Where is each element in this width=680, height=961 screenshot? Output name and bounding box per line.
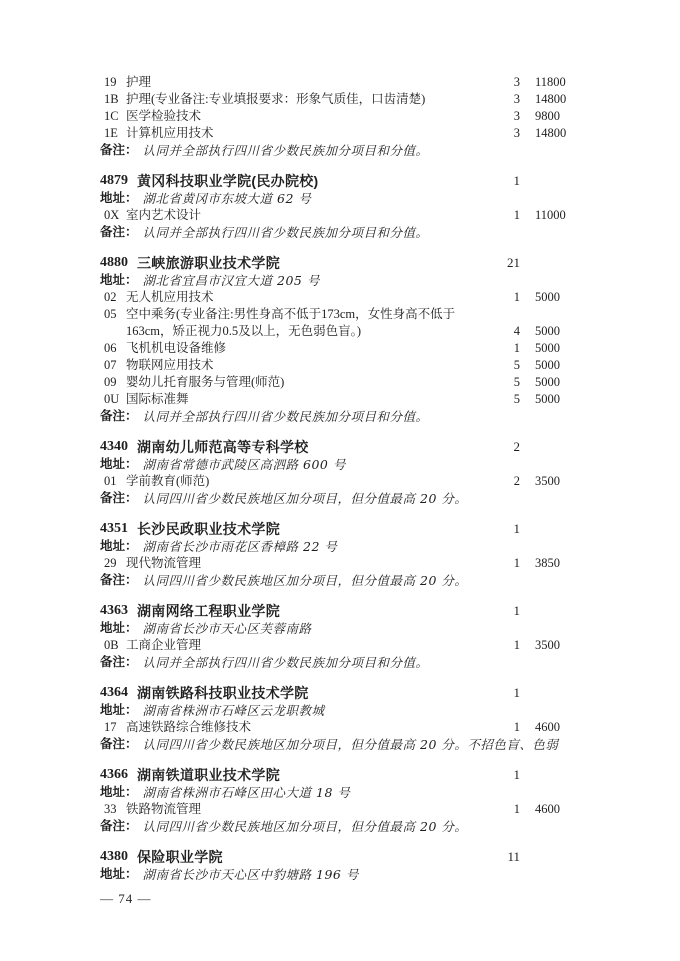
course-code: 17 xyxy=(104,719,126,736)
course-code: 0B xyxy=(104,637,126,654)
address-label: 地址： xyxy=(100,866,138,883)
course-fee: 4600 xyxy=(535,719,572,736)
course-name: 婴幼儿托育服务与管理(师范) xyxy=(126,375,284,389)
institution-section: 4879 黄冈科技职业学院(民办院校) 1 地址： 湖北省黄冈市东坡大道 62 … xyxy=(100,172,572,241)
remark-text: 认同并全部执行四川省少数民族加分项目和分值。 xyxy=(143,224,572,241)
course-quota: 1 xyxy=(490,637,520,654)
course-code: 29 xyxy=(104,555,126,572)
course-code: 0X xyxy=(104,207,126,224)
remark-label: 备注： xyxy=(100,572,138,589)
institution-code: 4880 xyxy=(100,254,128,272)
address-label: 地址： xyxy=(100,620,138,637)
institution-address: 地址： 湖南省长沙市雨花区香樟路 22 号 xyxy=(100,538,572,555)
course-name: 物联网应用技术 xyxy=(126,358,214,372)
institution-total: 11 xyxy=(490,848,520,866)
remark-label: 备注： xyxy=(100,654,138,671)
institution-total: 1 xyxy=(490,766,520,784)
course-quota: 2 xyxy=(490,473,520,490)
institution-name: 保险职业学院 xyxy=(137,848,490,866)
course-main: 33铁路物流管理 xyxy=(100,801,490,818)
address-label: 地址： xyxy=(100,702,138,719)
course-quota: 3 xyxy=(490,108,520,125)
course-main: 0X室内艺术设计 xyxy=(100,207,490,224)
institution-total: 1 xyxy=(490,172,520,190)
remark-text: 认同并全部执行四川省少数民族加分项目和分值。 xyxy=(143,408,572,425)
institution-code: 4340 xyxy=(100,438,128,456)
course-fee: 14800 xyxy=(535,91,572,108)
course-main: 0B工商企业管理 xyxy=(100,637,490,654)
institution-total: 2 xyxy=(490,438,520,456)
institution-name: 湖南铁道职业技术学院 xyxy=(137,766,490,784)
institution-header: 4380 保险职业学院 11 xyxy=(100,848,572,866)
course-row: 05空中乘务(专业备注:男性身高不低于173cm，女性身高不低于163cm，矫正… xyxy=(100,306,572,340)
course-name: 国际标准舞 xyxy=(126,392,189,406)
remark: 备注： 认同并全部执行四川省少数民族加分项目和分值。 xyxy=(100,224,572,241)
course-quota: 1 xyxy=(490,289,520,306)
remark: 备注： 认同四川省少数民族地区加分项目，但分值最高 20 分。 xyxy=(100,818,572,835)
course-name: 现代物流管理 xyxy=(126,556,201,570)
institution-code: 4351 xyxy=(100,520,128,538)
remark-label: 备注： xyxy=(100,408,138,425)
remark-text: 认同并全部执行四川省少数民族加分项目和分值。 xyxy=(143,142,572,159)
course-main: 05空中乘务(专业备注:男性身高不低于173cm，女性身高不低于163cm，矫正… xyxy=(100,306,490,340)
course-code: 1B xyxy=(104,91,126,108)
course-name: 工商企业管理 xyxy=(126,638,201,652)
course-main: 0U国际标准舞 xyxy=(100,391,490,408)
course-name: 高速铁路综合维修技术 xyxy=(126,720,251,734)
institution-header: 4366 湖南铁道职业技术学院 1 xyxy=(100,766,572,784)
course-row: 06飞机机电设备维修 1 5000 xyxy=(100,340,572,357)
course-fee: 11000 xyxy=(535,207,572,224)
course-row: 0U国际标准舞 5 5000 xyxy=(100,391,572,408)
course-code: 0U xyxy=(104,391,126,408)
course-main: 19护理 xyxy=(100,74,490,91)
course-quota: 1 xyxy=(490,340,520,357)
course-main: 17高速铁路综合维修技术 xyxy=(100,719,490,736)
remark-text: 认同并全部执行四川省少数民族加分项目和分值。 xyxy=(143,654,572,671)
course-fee: 5000 xyxy=(535,289,572,306)
institution-header: 4880 三峡旅游职业技术学院 21 xyxy=(100,254,572,272)
course-fee: 3500 xyxy=(535,637,572,654)
course-row: 09婴幼儿托育服务与管理(师范) 5 5000 xyxy=(100,374,572,391)
institution-header: 4340 湖南幼儿师范高等专科学校 2 xyxy=(100,438,572,456)
institution-code: 4363 xyxy=(100,602,128,620)
institution-section: 4364 湖南铁路科技职业技术学院 1 地址： 湖南省株洲市石峰区云龙职教城 1… xyxy=(100,684,572,753)
institution-name: 湖南铁路科技职业技术学院 xyxy=(137,684,490,702)
course-fee: 11800 xyxy=(535,74,572,91)
course-quota: 4 xyxy=(490,323,520,340)
course-fee: 5000 xyxy=(535,357,572,374)
institution-header: 4351 长沙民政职业技术学院 1 xyxy=(100,520,572,538)
course-main: 1E计算机应用技术 xyxy=(100,125,490,142)
course-fee: 3500 xyxy=(535,473,572,490)
institution-name: 三峡旅游职业技术学院 xyxy=(137,254,490,272)
remark-text: 认同四川省少数民族地区加分项目，但分值最高 20 分。 xyxy=(143,572,572,589)
course-quota: 1 xyxy=(490,207,520,224)
course-fee: 5000 xyxy=(535,374,572,391)
course-row: 17高速铁路综合维修技术 1 4600 xyxy=(100,719,572,736)
course-code: 06 xyxy=(104,340,126,357)
page-number: — 74 — xyxy=(100,891,152,907)
course-row: 33铁路物流管理 1 4600 xyxy=(100,801,572,818)
course-name: 无人机应用技术 xyxy=(126,290,214,304)
institution-total: 1 xyxy=(490,520,520,538)
institution-total: 1 xyxy=(490,684,520,702)
address-text: 湖南省长沙市雨花区香樟路 22 号 xyxy=(143,538,572,555)
address-label: 地址： xyxy=(100,272,138,289)
remark-label: 备注： xyxy=(100,224,138,241)
course-row: 1E计算机应用技术 3 14800 xyxy=(100,125,572,142)
institution-code: 4366 xyxy=(100,766,128,784)
course-quota: 3 xyxy=(490,74,520,91)
institution-section: 4351 长沙民政职业技术学院 1 地址： 湖南省长沙市雨花区香樟路 22 号 … xyxy=(100,520,572,589)
course-name: 医学检验技术 xyxy=(126,109,201,123)
course-main: 07物联网应用技术 xyxy=(100,357,490,374)
course-row: 02无人机应用技术 1 5000 xyxy=(100,289,572,306)
course-row: 0X室内艺术设计 1 11000 xyxy=(100,207,572,224)
address-text: 湖北省黄冈市东坡大道 62 号 xyxy=(143,190,572,207)
course-code: 01 xyxy=(104,473,126,490)
course-row: 0B工商企业管理 1 3500 xyxy=(100,637,572,654)
remark-text: 认同四川省少数民族地区加分项目，但分值最高 20 分。 xyxy=(143,818,572,835)
institution-header: 4879 黄冈科技职业学院(民办院校) 1 xyxy=(100,172,572,190)
institution-code: 4380 xyxy=(100,848,128,866)
course-name: 飞机机电设备维修 xyxy=(126,341,226,355)
institution-total: 21 xyxy=(490,254,520,272)
course-code: 1C xyxy=(104,108,126,125)
course-quota: 5 xyxy=(490,357,520,374)
address-text: 湖北省宜昌市汉宜大道 205 号 xyxy=(143,272,572,289)
institution-code: 4364 xyxy=(100,684,128,702)
course-main: 01学前教育(师范) xyxy=(100,473,490,490)
institution-address: 地址： 湖南省长沙市天心区芙蓉南路 xyxy=(100,620,572,637)
address-text: 湖南省株洲市石峰区云龙职教城 xyxy=(143,702,572,719)
address-text: 湖南省长沙市天心区中豹塘路 196 号 xyxy=(143,866,572,883)
remark-text: 认同四川省少数民族地区加分项目，但分值最高 20 分。不招色盲、色弱 xyxy=(143,736,572,753)
institution-code: 4879 xyxy=(100,172,128,190)
remark-label: 备注： xyxy=(100,818,138,835)
remark: 备注： 认同并全部执行四川省少数民族加分项目和分值。 xyxy=(100,654,572,671)
remark-label: 备注： xyxy=(100,490,138,507)
institution-address: 地址： 湖南省株洲市石峰区田心大道 18 号 xyxy=(100,784,572,801)
course-code: 33 xyxy=(104,801,126,818)
course-quota: 1 xyxy=(490,719,520,736)
admission-list: 19护理 3 11800 1B护理(专业备注:专业填报要求：形象气质佳，口齿清楚… xyxy=(100,74,572,883)
institution-address: 地址： 湖南省常德市武陵区高泗路 600 号 xyxy=(100,456,572,473)
institution-total: 1 xyxy=(490,602,520,620)
remark-text: 认同四川省少数民族地区加分项目，但分值最高 20 分。 xyxy=(143,490,572,507)
course-code: 07 xyxy=(104,357,126,374)
course-main: 1C医学检验技术 xyxy=(100,108,490,125)
course-row: 29现代物流管理 1 3850 xyxy=(100,555,572,572)
institution-section: 4880 三峡旅游职业技术学院 21 地址： 湖北省宜昌市汉宜大道 205 号 … xyxy=(100,254,572,425)
course-fee: 14800 xyxy=(535,125,572,142)
remark-label: 备注： xyxy=(100,142,138,159)
course-name: 计算机应用技术 xyxy=(126,126,214,140)
institution-section: 4340 湖南幼儿师范高等专科学校 2 地址： 湖南省常德市武陵区高泗路 600… xyxy=(100,438,572,507)
institution-address: 地址： 湖南省长沙市天心区中豹塘路 196 号 xyxy=(100,866,572,883)
course-quota: 5 xyxy=(490,391,520,408)
course-name: 铁路物流管理 xyxy=(126,802,201,816)
remark: 备注： 认同四川省少数民族地区加分项目，但分值最高 20 分。 xyxy=(100,490,572,507)
course-main: 1B护理(专业备注:专业填报要求：形象气质佳，口齿清楚) xyxy=(100,91,490,108)
address-label: 地址： xyxy=(100,784,138,801)
course-row: 1C医学检验技术 3 9800 xyxy=(100,108,572,125)
course-main: 29现代物流管理 xyxy=(100,555,490,572)
course-code: 09 xyxy=(104,374,126,391)
address-text: 湖南省长沙市天心区芙蓉南路 xyxy=(143,620,572,637)
course-row: 01学前教育(师范) 2 3500 xyxy=(100,473,572,490)
remark: 备注： 认同并全部执行四川省少数民族加分项目和分值。 xyxy=(100,408,572,425)
course-quota: 3 xyxy=(490,125,520,142)
course-quota: 1 xyxy=(490,555,520,572)
course-quota: 5 xyxy=(490,374,520,391)
institution-name: 黄冈科技职业学院(民办院校) xyxy=(137,172,490,190)
course-code: 1E xyxy=(104,125,126,142)
course-quota: 1 xyxy=(490,801,520,818)
course-fee: 9800 xyxy=(535,108,572,125)
institution-name: 湖南幼儿师范高等专科学校 xyxy=(137,438,490,456)
institution-address: 地址： 湖北省宜昌市汉宜大道 205 号 xyxy=(100,272,572,289)
remark: 备注： 认同四川省少数民族地区加分项目，但分值最高 20 分。不招色盲、色弱 xyxy=(100,736,572,753)
course-fee: 5000 xyxy=(535,391,572,408)
institution-name: 湖南网络工程职业学院 xyxy=(137,602,490,620)
institution-section: 4363 湖南网络工程职业学院 1 地址： 湖南省长沙市天心区芙蓉南路 0B工商… xyxy=(100,602,572,671)
remark: 备注： 认同并全部执行四川省少数民族加分项目和分值。 xyxy=(100,142,572,159)
course-row: 19护理 3 11800 xyxy=(100,74,572,91)
address-label: 地址： xyxy=(100,456,138,473)
course-name: 学前教育(师范) xyxy=(126,474,209,488)
institution-section: 19护理 3 11800 1B护理(专业备注:专业填报要求：形象气质佳，口齿清楚… xyxy=(100,74,572,159)
institution-header: 4363 湖南网络工程职业学院 1 xyxy=(100,602,572,620)
course-name: 室内艺术设计 xyxy=(126,208,201,222)
document-page: 19护理 3 11800 1B护理(专业备注:专业填报要求：形象气质佳，口齿清楚… xyxy=(0,0,680,961)
course-name: 空中乘务(专业备注:男性身高不低于173cm，女性身高不低于163cm，矫正视力… xyxy=(126,307,455,338)
address-label: 地址： xyxy=(100,538,138,555)
institution-header: 4364 湖南铁路科技职业技术学院 1 xyxy=(100,684,572,702)
address-text: 湖南省常德市武陵区高泗路 600 号 xyxy=(143,456,572,473)
remark: 备注： 认同四川省少数民族地区加分项目，但分值最高 20 分。 xyxy=(100,572,572,589)
institution-name: 长沙民政职业技术学院 xyxy=(137,520,490,538)
course-fee: 3850 xyxy=(535,555,572,572)
remark-label: 备注： xyxy=(100,736,138,753)
institution-address: 地址： 湖北省黄冈市东坡大道 62 号 xyxy=(100,190,572,207)
address-label: 地址： xyxy=(100,190,138,207)
course-quota: 3 xyxy=(490,91,520,108)
course-row: 07物联网应用技术 5 5000 xyxy=(100,357,572,374)
course-main: 02无人机应用技术 xyxy=(100,289,490,306)
course-main: 06飞机机电设备维修 xyxy=(100,340,490,357)
institution-section: 4380 保险职业学院 11 地址： 湖南省长沙市天心区中豹塘路 196 号 xyxy=(100,848,572,883)
course-fee: 5000 xyxy=(535,323,572,340)
course-code: 19 xyxy=(104,74,126,91)
course-code: 05 xyxy=(104,306,126,323)
course-fee: 5000 xyxy=(535,340,572,357)
institution-section: 4366 湖南铁道职业技术学院 1 地址： 湖南省株洲市石峰区田心大道 18 号… xyxy=(100,766,572,835)
course-name: 护理 xyxy=(126,75,151,89)
course-row: 1B护理(专业备注:专业填报要求：形象气质佳，口齿清楚) 3 14800 xyxy=(100,91,572,108)
course-name: 护理(专业备注:专业填报要求：形象气质佳，口齿清楚) xyxy=(126,92,425,106)
course-code: 02 xyxy=(104,289,126,306)
course-main: 09婴幼儿托育服务与管理(师范) xyxy=(100,374,490,391)
address-text: 湖南省株洲市石峰区田心大道 18 号 xyxy=(143,784,572,801)
institution-address: 地址： 湖南省株洲市石峰区云龙职教城 xyxy=(100,702,572,719)
course-fee: 4600 xyxy=(535,801,572,818)
